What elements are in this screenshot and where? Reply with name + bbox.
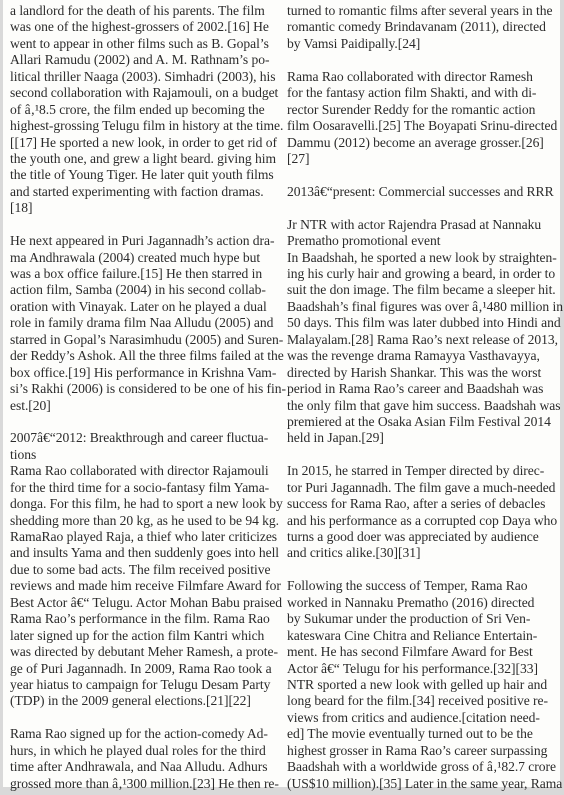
text-line: der Reddy’s Ashok. All the three films f… [10, 348, 286, 364]
text-line: second collaboration with Rajamouli, on … [10, 85, 286, 101]
text-line: NTR sported a new look with gelled up ha… [287, 677, 559, 693]
text-line: for the fantasy action film Shakti, and … [287, 85, 559, 101]
text-line: ed] The movie eventually turned out to b… [287, 726, 559, 742]
paragraph-baadshah: Jr NTR with actor Rajendra Prasad at Nan… [287, 217, 559, 447]
text-line: shedding more than 20 kg, as he used to … [10, 513, 286, 529]
text-line: Baadshah’s final figures was over â‚¹480… [287, 299, 559, 315]
text-line: Rama Rao’s performance in the film. Rama… [10, 611, 286, 627]
section-heading: 2013â€“present: Commercial successes and… [287, 184, 559, 200]
text-line: RamaRao played Raja, a thief who later c… [10, 529, 286, 545]
text-line: was one of the highest-grossers of 2002.… [10, 19, 286, 35]
paragraph-gap [287, 447, 559, 463]
paragraph-gap [287, 562, 559, 578]
text-line: Rama Rao collaborated with director Rame… [287, 69, 559, 85]
text-line: grossed more than â‚¹300 million.[23] He… [10, 776, 286, 792]
text-line: [18] [10, 200, 286, 216]
paragraph-andhrawala: He next appeared in Puri Jagannadh’s act… [10, 233, 286, 414]
text-line: oration with Vinayak. Later on he played… [10, 299, 286, 315]
paragraph-adhurs: Rama Rao signed up for the action-comedy… [10, 726, 286, 792]
text-line: the only film that gave him success. Baa… [287, 398, 559, 414]
text-line: and critics alike.[30][31] [287, 545, 559, 561]
paragraph-gap [287, 52, 559, 68]
text-line: In 2015, he starred in Temper directed b… [287, 463, 559, 479]
paragraph-gap [287, 167, 559, 183]
text-line: (TDP) in the 2009 general elections.[21]… [10, 693, 286, 709]
right-column: turned to romantic films after several y… [287, 3, 559, 792]
text-line: highest grosser in Rama Rao’s career sur… [287, 743, 559, 759]
text-line: directed by Harish Shankar. This was the… [287, 365, 559, 381]
text-line: He next appeared in Puri Jagannadh’s act… [10, 233, 286, 249]
text-line: time after Andhrawala, and Naa Alludu. A… [10, 759, 286, 775]
text-line: Baadshah with a worldwide gross of â‚¹82… [287, 759, 559, 775]
text-line: Best Actor â€“ Telugu. Actor Mohan Babu … [10, 595, 286, 611]
paragraph-gap [10, 710, 286, 726]
text-line: rector Surender Reddy for the romantic a… [287, 102, 559, 118]
text-line: ma Andhrawala (2004) created much hype b… [10, 250, 286, 266]
text-line: romantic comedy Brindavanam (2011), dire… [287, 19, 559, 35]
text-line: for the third time for a socio-fantasy f… [10, 480, 286, 496]
text-line: [[17] He sported a new look, in order to… [10, 135, 286, 151]
section-2007-2012: 2007â€“2012: Breakthrough and career flu… [10, 430, 286, 709]
paragraph-shakti: Rama Rao collaborated with director Rame… [287, 69, 559, 168]
text-line: 50 days. This film was later dubbed into… [287, 315, 559, 331]
text-line: went to appear in other films such as B.… [10, 36, 286, 52]
text-line: ing his curly hair and growing a beard, … [287, 266, 559, 282]
text-line: suit the don image. The film became a sl… [287, 282, 559, 298]
image-caption: Jr NTR with actor Rajendra Prasad at Nan… [287, 217, 559, 233]
text-line: period in Rama Rao’s career and Baadshah… [287, 381, 559, 397]
text-line: later signed up for the action film Kant… [10, 628, 286, 644]
text-line: est.[20] [10, 398, 286, 414]
text-line: and started experimenting with faction d… [10, 184, 286, 200]
text-line: the title of Young Tiger. He later quit … [10, 167, 286, 183]
section-2013-present: 2013â€“present: Commercial successes and… [287, 184, 559, 200]
text-line: Dammu (2012) become an average grosser.[… [287, 135, 559, 151]
text-line: Malayalam.[28] Rama Rao’s next release o… [287, 332, 559, 348]
text-line: was the revenge drama Ramayya Vasthavayy… [287, 348, 559, 364]
text-line: Actor â€“ Telugu for his performance.[32… [287, 661, 559, 677]
text-line: turned to romantic films after several y… [287, 3, 559, 19]
text-line: film Oosaravelli.[25] The Boyapati Srinu… [287, 118, 559, 134]
text-line: (US$10 million).[35] Later in the same y… [287, 776, 559, 792]
text-line: the youth one, and grew a light beard. g… [10, 151, 286, 167]
text-line: litical thriller Naaga (2003). Simhadri … [10, 69, 286, 85]
text-line: ment. He has second Filmfare Award for B… [287, 644, 559, 660]
left-column: a landlord for the death of his parents.… [10, 3, 286, 792]
text-line: highest-grossing Telugu film in history … [10, 118, 286, 134]
text-line: was directed by debutant Meher Ramesh, a… [10, 644, 286, 660]
paragraph-brindavanam: turned to romantic films after several y… [287, 3, 559, 52]
text-line: [27] [287, 151, 559, 167]
text-line: Following the success of Temper, Rama Ra… [287, 578, 559, 594]
text-line: donga. For this film, he had to sport a … [10, 496, 286, 512]
text-line: held in Japan.[29] [287, 430, 559, 446]
text-line: due to some bad acts. The film received … [10, 562, 286, 578]
section-heading: tions [10, 447, 286, 463]
text-line: Allari Ramudu (2002) and A. M. Rathnam’s… [10, 52, 286, 68]
text-line: premiered at the Osaka Asian Film Festiv… [287, 414, 559, 430]
text-line: by Sukumar under the production of Sri V… [287, 611, 559, 627]
text-line: success for Rama Rao, after a series of … [287, 496, 559, 512]
text-line: role in family drama film Naa Alludu (20… [10, 315, 286, 331]
text-line: by Vamsi Paidipally.[24] [287, 36, 559, 52]
text-line: action film, Samba (2004) in his second … [10, 282, 286, 298]
text-line: tor Puri Jagannadh. The film gave a much… [287, 480, 559, 496]
text-line: hurs, in which he played dual roles for … [10, 743, 286, 759]
text-line: In Baadshah, he sported a new look by st… [287, 250, 559, 266]
section-heading: 2007â€“2012: Breakthrough and career flu… [10, 430, 286, 446]
text-line: was a box office failure.[15] He then st… [10, 266, 286, 282]
text-line: ge of Puri Jagannadh. In 2009, Rama Rao … [10, 661, 286, 677]
text-line: worked in Nannaku Prematho (2016) direct… [287, 595, 559, 611]
text-line: long beard for the film.[34] received po… [287, 693, 559, 709]
image-caption: Prematho promotional event [287, 233, 559, 249]
paragraph-nannaku-prematho: Following the success of Temper, Rama Ra… [287, 578, 559, 792]
document-page: a landlord for the death of his parents.… [3, 0, 560, 787]
text-line: Rama Rao signed up for the action-comedy… [10, 726, 286, 742]
paragraph-temper: In 2015, he starred in Temper directed b… [287, 463, 559, 562]
paragraph-gap [10, 217, 286, 233]
text-line: si’s Rakhi (2006) is considered to be on… [10, 381, 286, 397]
text-line: Rama Rao collaborated with director Raja… [10, 463, 286, 479]
text-line: reviews and made him receive Filmfare Aw… [10, 578, 286, 594]
paragraph-gap [287, 200, 559, 216]
text-line: views from critics and audience.[citatio… [287, 710, 559, 726]
text-line: box office.[19] His performance in Krish… [10, 365, 286, 381]
text-line: starred in Gopal’s Narasimhudu (2005) an… [10, 332, 286, 348]
text-line: kateswara Cine Chitra and Reliance Enter… [287, 628, 559, 644]
paragraph-gap [10, 414, 286, 430]
text-line: a landlord for the death of his parents.… [10, 3, 286, 19]
text-line: year hiatus to campaign for Telugu Desam… [10, 677, 286, 693]
text-line: turns a good doer was appreciated by aud… [287, 529, 559, 545]
text-line: of â‚¹8.5 crore, the film ended up becom… [10, 102, 286, 118]
text-line: and his performance as a corrupted cop D… [287, 513, 559, 529]
paragraph-early-career: a landlord for the death of his parents.… [10, 3, 286, 217]
text-line: and insults Yama and then suddenly goes … [10, 545, 286, 561]
